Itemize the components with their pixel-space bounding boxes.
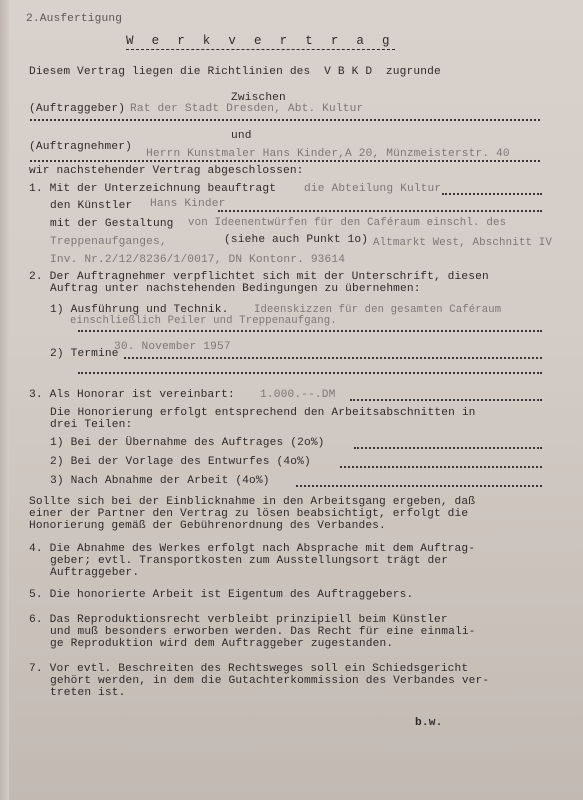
installment-2: 2) Bei der Vorlage des Entwurfes (4o%) (50, 456, 311, 469)
section1-location: Altmarkt West, Abschnitt IV (373, 237, 552, 250)
copy-note: 2.Ausfertigung (26, 13, 122, 26)
closing-bw: b.w. (415, 717, 442, 730)
section2-dots2 (124, 357, 542, 359)
preamble: Diesem Vertrag liegen die Richtlinien de… (29, 66, 441, 79)
installment-3-dots (296, 485, 542, 487)
section1-scope-cont: Treppenaufganges, (50, 236, 167, 249)
section1-line2: den Künstler (50, 200, 132, 213)
section2-dots1 (78, 330, 542, 332)
client-label: (Auftraggeber) (29, 103, 125, 116)
section1-scope: von Ideenentwürfen für den Caféraum eins… (188, 217, 506, 230)
section6-line3: ge Reproduktion wird dem Auftraggeber zu… (50, 638, 393, 651)
contractor-dotline (30, 160, 540, 162)
section2-deadline: 30. November 1957 (114, 341, 231, 354)
section-5: 5. Die honorierte Arbeit ist Eigentum de… (29, 589, 413, 602)
section2-dots3 (78, 372, 542, 374)
termination-line-3: Honorierung gemäß der Gebührenordnung de… (29, 520, 386, 533)
section1-artist: Hans Kinder (150, 198, 226, 211)
section1-dots1 (442, 193, 542, 195)
section3-dots0 (350, 399, 542, 401)
section7-line3: treten ist. (50, 687, 126, 700)
installment-1-dots (354, 447, 542, 449)
client-dotline (30, 119, 540, 121)
installment-3: 3) Nach Abnahme der Arbeit (4o%) (50, 475, 270, 488)
section1-line3: mit der Gestaltung (50, 218, 174, 231)
section1-line1: 1. Mit der Unterzeichnung beauftragt (29, 183, 276, 196)
paper-edge (0, 0, 9, 800)
and-label: und (231, 130, 252, 143)
fee-value: 1.000.--.DM (260, 389, 336, 402)
section1-dots2 (218, 210, 542, 212)
installment-2-dots (340, 466, 542, 468)
section2-line2: Auftrag unter nachstehenden Bedingungen … (50, 283, 421, 296)
installment-1: 1) Bei der Übernahme des Auftrages (2o%) (50, 437, 325, 450)
section1-note: (siehe auch Punkt 1o) (224, 234, 368, 247)
concluded-text: wir nachstehender Vertrag abgeschlossen: (29, 165, 304, 178)
section3-line3: drei Teilen: (50, 419, 132, 432)
client-value: Rat der Stadt Dresden, Abt. Kultur (130, 103, 363, 116)
section1-inventory: Inv. Nr.2/12/8236/1/0017, DN Kontonr. 93… (50, 254, 345, 267)
section2-item1-value-cont: einschließlich Peiler und Treppenaufgang… (70, 315, 337, 328)
section4-line3: Auftraggeber. (50, 567, 139, 580)
section2-item2-label: 2) Termine (50, 348, 119, 361)
contractor-label: (Auftragnehmer) (29, 141, 132, 154)
section3-line1: 3. Als Honorar ist vereinbart: (29, 389, 235, 402)
document-title: W e r k v e r t r a g (126, 34, 395, 50)
section1-department: die Abteilung Kultur (304, 183, 441, 196)
